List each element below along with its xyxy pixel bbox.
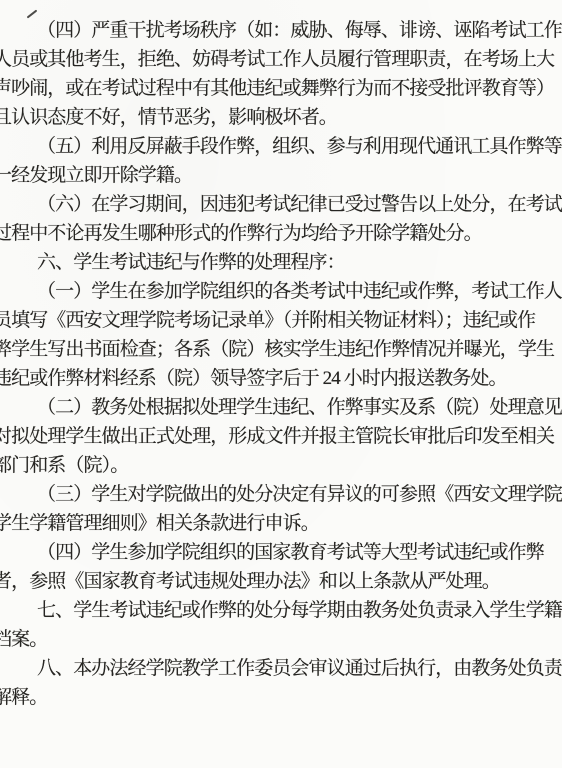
text-line: 且认识态度不好，情节恶劣，影响极坏者。	[0, 103, 562, 132]
section-heading-line: 八、本办法经学院教学工作委员会审议通过后执行，由教务处负责	[0, 654, 562, 683]
text-line: 学生学籍管理细则》相关条款进行申诉。	[0, 509, 562, 538]
text-line: （五）利用反屏蔽手段作弊，组织、参与利用现代通讯工具作弊等，	[0, 132, 562, 161]
text-line: （一）学生在参加学院组织的各类考试中违纪或作弊，考试工作人	[0, 277, 562, 306]
text-line: 档案。	[0, 625, 562, 654]
text-line: （四）学生参加学院组织的国家教育考试等大型考试违纪或作弊	[0, 538, 562, 567]
text-line: 弊学生写出书面检查；各系（院）核实学生违纪作弊情况并曝光，学生	[0, 335, 562, 364]
text-line: 人员或其他考生，拒绝、妨碍考试工作人员履行管理职责，在考场上大	[0, 45, 562, 74]
section-heading-line: 六、学生考试违纪与作弊的处理程序：	[0, 248, 562, 277]
text-line: 者，参照《国家教育考试违规处理办法》和以上条款从严处理。	[0, 567, 562, 596]
text-line: 声吵闹，或在考试过程中有其他违纪或舞弊行为而不接受批评教育等）	[0, 74, 562, 103]
section-heading-line: 七、学生考试违纪或作弊的处分每学期由教务处负责录入学生学籍	[0, 596, 562, 625]
text-line: 对拟处理学生做出正式处理，形成文件并报主管院长审批后印发至相关	[0, 422, 562, 451]
text-line: 部门和系（院）。	[0, 451, 562, 480]
text-line: 员填写《西安文理学院考场记录单》（并附相关物证材料）；违纪或作	[0, 306, 562, 335]
text-line: （六）在学习期间，因违犯考试纪律已受过警告以上处分，在考试	[0, 190, 562, 219]
text-line: （二）教务处根据拟处理学生违纪、作弊事实及系（院）处理意见	[0, 393, 562, 422]
document-text-block: （四）严重干扰考场秩序（如：威胁、侮辱、诽谤、诬陷考试工作 人员或其他考生，拒绝…	[0, 16, 562, 712]
scanned-document-page: （四）严重干扰考场秩序（如：威胁、侮辱、诽谤、诬陷考试工作 人员或其他考生，拒绝…	[0, 0, 562, 768]
text-line: 解释。	[0, 683, 562, 712]
text-line: 一经发现立即开除学籍。	[0, 161, 562, 190]
text-line: （三）学生对学院做出的处分决定有异议的可参照《西安文理学院	[0, 480, 562, 509]
text-line: （四）严重干扰考场秩序（如：威胁、侮辱、诽谤、诬陷考试工作	[0, 16, 562, 45]
text-line: 过程中不论再发生哪种形式的作弊行为均给予开除学籍处分。	[0, 219, 562, 248]
text-line: 违纪或作弊材料经系（院）领导签字后于 24 小时内报送教务处。	[0, 364, 562, 393]
